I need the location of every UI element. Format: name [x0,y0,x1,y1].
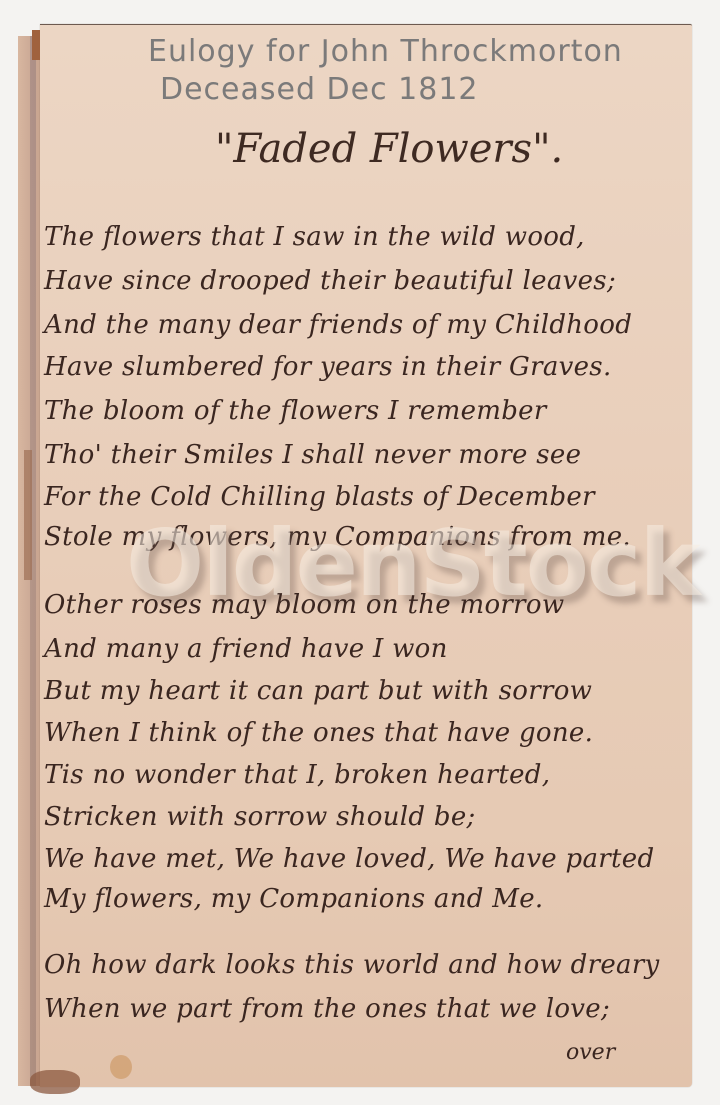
poem-line: Have slumbered for years in their Graves… [44,352,694,382]
poem-line: The bloom of the flowers I remember [44,396,694,426]
poem-line: When I think of the ones that have gone. [44,718,694,748]
poem-line: Other roses may bloom on the morrow [44,590,694,620]
poem-line: Stricken with sorrow should be; [44,802,694,832]
poem-line: Have since drooped their beautiful leave… [44,266,694,296]
page-turn-note: over [566,1040,615,1065]
stain-mark [24,450,32,580]
pencil-annotation-line-1: Eulogy for John Throckmorton [148,34,623,69]
poem-line: For the Cold Chilling blasts of December [44,482,694,512]
stain-mark [32,30,40,60]
poem-line: Tis no wonder that I, broken hearted, [44,760,694,790]
poem-line: And many a friend have I won [44,634,694,664]
poem-line: We have met, We have loved, We have part… [44,844,694,874]
poem-line: Oh how dark looks this world and how dre… [44,950,694,980]
poem-line: My flowers, my Companions and Me. [44,884,694,914]
pencil-annotation-line-2: Deceased Dec 1812 [160,72,479,107]
poem-line: And the many dear friends of my Childhoo… [44,310,694,340]
poem-line: The flowers that I saw in the wild wood, [44,222,694,252]
stain-mark [110,1055,132,1079]
poem-line: Tho' their Smiles I shall never more see [44,440,694,470]
poem-line: When we part from the ones that we love; [44,994,694,1024]
poem-line: But my heart it can part but with sorrow [44,676,694,706]
stain-mark [30,1070,80,1094]
poem-title: "Faded Flowers". [215,126,563,172]
